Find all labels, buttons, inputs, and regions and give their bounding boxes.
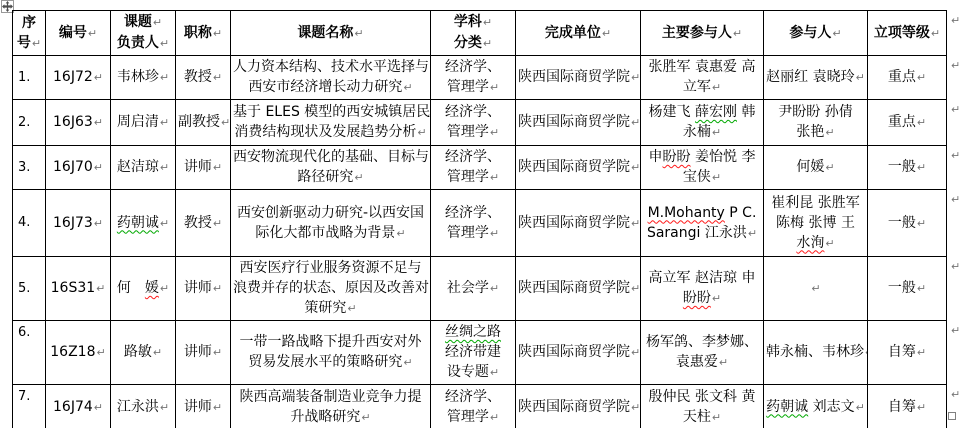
paragraph-mark: ↵: [631, 346, 640, 359]
paragraph-mark: ↵: [403, 81, 412, 94]
table-body: 1.16J72↵韦林珍↵教授↵人力资本结构、技术水平选择与西安市经济增长动力研究…: [13, 56, 947, 428]
cell-code[interactable]: 16S31↵: [46, 257, 111, 321]
paragraph-mark: ↵: [631, 71, 640, 84]
cell-participants[interactable]: 韩永楠、韦林珍↵: [764, 321, 868, 385]
row-end-paragraph-mark: ↵: [951, 389, 960, 400]
paragraph-mark: ↵: [361, 411, 370, 424]
cell-grade[interactable]: 一般↵: [868, 190, 947, 257]
misspelled-text: 水洵: [796, 235, 824, 251]
paragraph-mark: ↵: [631, 116, 640, 129]
paragraph-mark: ↵: [403, 356, 412, 369]
row-end-paragraph-mark: ↵: [951, 194, 960, 205]
cell-rank[interactable]: 讲师↵: [176, 385, 231, 428]
header-cell-unit[interactable]: 完成单位↵: [516, 11, 641, 56]
header-cell-serial[interactable]: 序号↵: [13, 11, 46, 56]
paragraph-mark: ↵: [631, 217, 640, 230]
header-cell-rank[interactable]: 职称↵: [176, 11, 231, 56]
cell-code[interactable]: 16J63↵: [46, 100, 111, 146]
paragraph-mark: ↵: [213, 401, 222, 414]
cell-serial[interactable]: 2.: [13, 100, 46, 146]
cell-serial[interactable]: 6.: [13, 321, 46, 385]
cell-project-name[interactable]: 陕西高端装备制造业竞争力提升战略研究↵: [231, 385, 431, 428]
misspelled-text: 薛宏刚: [695, 104, 737, 120]
document-page: 序号↵ 编号↵ 课题↵负责人↵ 职称↵ 课题名称↵ 学科↵分类↵ 完成单位↵ 主…: [0, 0, 961, 428]
cell-unit[interactable]: 陕西国际商贸学院↵: [516, 146, 641, 190]
paragraph-mark: ↵: [94, 401, 103, 414]
row-end-paragraph-mark: ↵: [951, 15, 960, 26]
cell-main-participants[interactable]: 申盼盼 姜怡悦 李宝侠↵: [641, 146, 764, 190]
paragraph-mark: ↵: [160, 401, 169, 414]
paragraph-mark: ↵: [490, 282, 499, 295]
projects-table: 序号↵ 编号↵ 课题↵负责人↵ 职称↵ 课题名称↵ 学科↵分类↵ 完成单位↵ 主…: [12, 10, 947, 428]
cell-participants[interactable]: 尹盼盼 孙倩张艳↵: [764, 100, 868, 146]
header-cell-discipline[interactable]: 学科↵分类↵: [431, 11, 516, 56]
cell-rank[interactable]: 讲师↵: [176, 321, 231, 385]
cell-project-name[interactable]: 一带一路战略下提升西安对外贸易发展水平的策略研究↵: [231, 321, 431, 385]
paragraph-mark: ↵: [825, 126, 834, 139]
paragraph-mark: ↵: [96, 282, 105, 295]
cell-project-name[interactable]: 西安医疗行业服务资源不足与浪费并存的状态、原因及改善对策研究↵: [231, 257, 431, 321]
cell-main-participants[interactable]: 殷仲民 张文科 黄天柱↵: [641, 385, 764, 428]
table-row: 6.16Z18↵路敏↵讲师↵一带一路战略下提升西安对外贸易发展水平的策略研究↵丝…: [13, 321, 947, 385]
paragraph-mark: ↵: [490, 227, 499, 240]
paragraph-mark: ↵: [825, 161, 834, 174]
cell-leader[interactable]: 路敏↵: [111, 321, 176, 385]
paragraph-mark: ↵: [483, 16, 492, 29]
table-row: 1.16J72↵韦林珍↵教授↵人力资本结构、技术水平选择与西安市经济增长动力研究…: [13, 56, 947, 100]
paragraph-mark: ↵: [213, 27, 222, 40]
paragraph-mark: ↵: [94, 116, 103, 129]
table-row: 4.16J73↵药朝诚↵教授↵西安创新驱动力研究-以西安国际化大都市战略为背景↵…: [13, 190, 947, 257]
paragraph-mark: ↵: [712, 411, 721, 424]
paragraph-mark: ↵: [490, 366, 499, 379]
cell-leader[interactable]: 赵洁琼↵: [111, 146, 176, 190]
cell-unit[interactable]: 陕西国际商贸学院↵: [516, 257, 641, 321]
cell-main-participants[interactable]: M.Mohanty P C.Sarangi 江永洪↵: [641, 190, 764, 257]
cell-project-name[interactable]: 基于 ELES 模型的西安城镇居民消费结构现状及发展趋势分析↵: [231, 100, 431, 146]
paragraph-mark: ↵: [490, 81, 499, 94]
cell-unit[interactable]: 陕西国际商贸学院↵: [516, 190, 641, 257]
paragraph-mark: ↵: [917, 71, 926, 84]
paragraph-mark: ↵: [160, 217, 169, 230]
cell-discipline[interactable]: 经济学、管理学↵: [431, 56, 516, 100]
paragraph-mark: ↵: [631, 282, 640, 295]
paragraph-mark: ↵: [347, 302, 356, 315]
cell-discipline[interactable]: 经济学、管理学↵: [431, 100, 516, 146]
cell-code[interactable]: 16J70↵: [46, 146, 111, 190]
cell-leader[interactable]: 江永洪↵: [111, 385, 176, 428]
cell-code[interactable]: 16J72↵: [46, 56, 111, 100]
table-row: 3.16J70↵赵洁琼↵讲师↵西安物流现代化的基础、目标与路径研究↵经济学、管理…: [13, 146, 947, 190]
paragraph-mark: ↵: [417, 126, 426, 139]
paragraph-mark: ↵: [856, 71, 865, 84]
cell-grade[interactable]: 重点↵: [868, 56, 947, 100]
paragraph-mark: ↵: [917, 217, 926, 230]
paragraph-mark: ↵: [719, 356, 728, 369]
paragraph-mark: ↵: [712, 126, 721, 139]
paragraph-mark: ↵: [160, 37, 169, 50]
paragraph-mark: ↵: [917, 116, 926, 129]
misspelled-text: 盼盼: [663, 149, 691, 165]
cell-project-name[interactable]: 西安创新驱动力研究-以西安国际化大都市战略为背景↵: [231, 190, 431, 257]
cell-serial[interactable]: 7.: [13, 385, 46, 428]
paragraph-mark: ↵: [354, 171, 363, 184]
cell-code[interactable]: 16J73↵: [46, 190, 111, 257]
paragraph-mark: ↵: [631, 401, 640, 414]
paragraph-mark: ↵: [733, 27, 742, 40]
paragraph-mark: ↵: [917, 346, 926, 359]
paragraph-mark: ↵: [160, 116, 169, 129]
cell-serial[interactable]: 1.: [13, 56, 46, 100]
paragraph-mark: ↵: [97, 346, 106, 359]
cell-grade[interactable]: 一般↵: [868, 146, 947, 190]
cell-code[interactable]: 16Z18↵: [46, 321, 111, 385]
row-end-paragraph-mark: ↵: [951, 325, 960, 336]
header-cell-code[interactable]: 编号↵: [46, 11, 111, 56]
paragraph-mark: ↵: [213, 282, 222, 295]
row-end-paragraph-mark: ↵: [951, 150, 960, 161]
paragraph-mark: ↵: [712, 171, 721, 184]
paragraph-mark: ↵: [213, 71, 222, 84]
paragraph-mark: ↵: [94, 217, 103, 230]
paragraph-mark: ↵: [483, 37, 492, 50]
header-cell-participants[interactable]: 参与人↵: [764, 11, 868, 56]
table-resize-handle[interactable]: [948, 412, 956, 420]
cell-unit[interactable]: 陕西国际商贸学院↵: [516, 385, 641, 428]
cell-discipline[interactable]: 经济学、管理学↵: [431, 146, 516, 190]
misspelled-text: 药朝诚: [117, 215, 159, 231]
header-cell-main-participants[interactable]: 主要参与人↵: [641, 11, 764, 56]
cell-leader[interactable]: 药朝诚↵: [111, 190, 176, 257]
paragraph-mark: ↵: [931, 27, 940, 40]
paragraph-mark: ↵: [712, 81, 721, 94]
misspelled-text: 媛: [145, 280, 159, 296]
cell-participants[interactable]: 赵丽红 袁晓玲↵: [764, 56, 868, 100]
paragraph-mark: ↵: [94, 71, 103, 84]
paragraph-mark: ↵: [825, 237, 834, 250]
misspelled-text: 丝绸之路: [445, 324, 501, 340]
row-end-paragraph-mark: ↵: [951, 60, 960, 71]
paragraph-mark: ↵: [88, 27, 97, 40]
paragraph-mark: ↵: [832, 27, 841, 40]
paragraph-mark: ↵: [160, 71, 169, 84]
cell-leader[interactable]: 韦林珍↵: [111, 56, 176, 100]
paragraph-mark: ↵: [917, 401, 926, 414]
cell-rank[interactable]: 教授↵: [176, 56, 231, 100]
paragraph-mark: ↵: [32, 37, 41, 50]
paragraph-mark: ↵: [354, 27, 363, 40]
paragraph-mark: ↵: [490, 171, 499, 184]
cell-serial[interactable]: 5.: [13, 257, 46, 321]
cell-participants[interactable]: ↵: [764, 257, 868, 321]
cell-project-name[interactable]: 人力资本结构、技术水平选择与西安市经济增长动力研究↵: [231, 56, 431, 100]
misspelled-text: 药朝诚: [766, 399, 808, 415]
cell-participants[interactable]: 何媛↵: [764, 146, 868, 190]
paragraph-mark: ↵: [213, 161, 222, 174]
cell-discipline[interactable]: 经济学、管理学↵: [431, 190, 516, 257]
row-end-paragraph-mark: ↵: [951, 104, 960, 115]
paragraph-mark: ↵: [160, 161, 169, 174]
cell-main-participants[interactable]: 杨军鸽、李梦娜、袁惠爱↵: [641, 321, 764, 385]
paragraph-mark: ↵: [153, 346, 162, 359]
header-cell-project-name[interactable]: 课题名称↵: [231, 11, 431, 56]
header-cell-grade[interactable]: 立项等级↵: [868, 11, 947, 56]
paragraph-mark: ↵: [221, 116, 230, 129]
paragraph-mark: ↵: [602, 27, 611, 40]
cell-grade[interactable]: 自筹↵: [868, 321, 947, 385]
paragraph-mark: ↵: [213, 217, 222, 230]
paragraph-mark: ↵: [153, 16, 162, 29]
cell-participants[interactable]: 药朝诚 刘志文↵: [764, 385, 868, 428]
cell-participants[interactable]: 崔利昆 张胜军陈梅 张博 王水洵↵: [764, 190, 868, 257]
paragraph-mark: ↵: [94, 161, 103, 174]
cell-grade[interactable]: 一般↵: [868, 257, 947, 321]
cell-rank[interactable]: 教授↵: [176, 190, 231, 257]
cell-grade[interactable]: 自筹↵: [868, 385, 947, 428]
table-row: 7.16J74↵江永洪↵讲师↵陕西高端装备制造业竞争力提升战略研究↵经济学、管理…: [13, 385, 947, 428]
cell-discipline[interactable]: 经济学、管理学↵: [431, 385, 516, 428]
cell-grade[interactable]: 重点↵: [868, 100, 947, 146]
paragraph-mark: ↵: [490, 411, 499, 424]
cell-rank[interactable]: 讲师↵: [176, 146, 231, 190]
table-row: 2.16J63↵周启清↵副教授↵基于 ELES 模型的西安城镇居民消费结构现状及…: [13, 100, 947, 146]
paragraph-mark: ↵: [160, 282, 169, 295]
paragraph-mark: ↵: [811, 282, 820, 295]
row-end-paragraph-mark: ↵: [951, 261, 960, 272]
cell-unit[interactable]: 陕西国际商贸学院↵: [516, 100, 641, 146]
paragraph-mark: ↵: [213, 346, 222, 359]
cell-unit[interactable]: 陕西国际商贸学院↵: [516, 56, 641, 100]
paragraph-mark: ↵: [396, 227, 405, 240]
cell-main-participants[interactable]: 杨建飞 薛宏刚 韩永楠↵: [641, 100, 764, 146]
paragraph-mark: ↵: [490, 126, 499, 139]
cell-main-participants[interactable]: 高立军 赵洁琼 申盼盼↵: [641, 257, 764, 321]
paragraph-mark: ↵: [856, 401, 865, 414]
misspelled-text: 盼盼: [683, 290, 711, 306]
paragraph-mark: ↵: [917, 282, 926, 295]
cell-serial[interactable]: 4.: [13, 190, 46, 257]
cell-serial[interactable]: 3.: [13, 146, 46, 190]
header-row: 序号↵ 编号↵ 课题↵负责人↵ 职称↵ 课题名称↵ 学科↵分类↵ 完成单位↵ 主…: [13, 11, 947, 56]
table-row: 5.16S31↵何 媛↵讲师↵西安医疗行业服务资源不足与浪费并存的状态、原因及改…: [13, 257, 947, 321]
misspelled-text: M.Mohanty: [648, 205, 725, 221]
cell-discipline[interactable]: 社会学↵: [431, 257, 516, 321]
cell-project-name[interactable]: 西安物流现代化的基础、目标与路径研究↵: [231, 146, 431, 190]
cell-leader[interactable]: 周启清↵: [111, 100, 176, 146]
header-cell-leader[interactable]: 课题↵负责人↵: [111, 11, 176, 56]
cell-discipline[interactable]: 丝绸之路经济带建设专题↵: [431, 321, 516, 385]
cell-unit[interactable]: 陕西国际商贸学院↵: [516, 321, 641, 385]
cell-rank[interactable]: 副教授↵: [176, 100, 231, 146]
cell-code[interactable]: 16J74↵: [46, 385, 111, 428]
cell-leader[interactable]: 何 媛↵: [111, 257, 176, 321]
cell-main-participants[interactable]: 张胜军 袁惠爱 高立军↵: [641, 56, 764, 100]
paragraph-mark: ↵: [917, 161, 926, 174]
paragraph-mark: ↵: [631, 161, 640, 174]
cell-rank[interactable]: 讲师↵: [176, 257, 231, 321]
paragraph-mark: ↵: [748, 227, 757, 240]
paragraph-mark: ↵: [712, 292, 721, 305]
